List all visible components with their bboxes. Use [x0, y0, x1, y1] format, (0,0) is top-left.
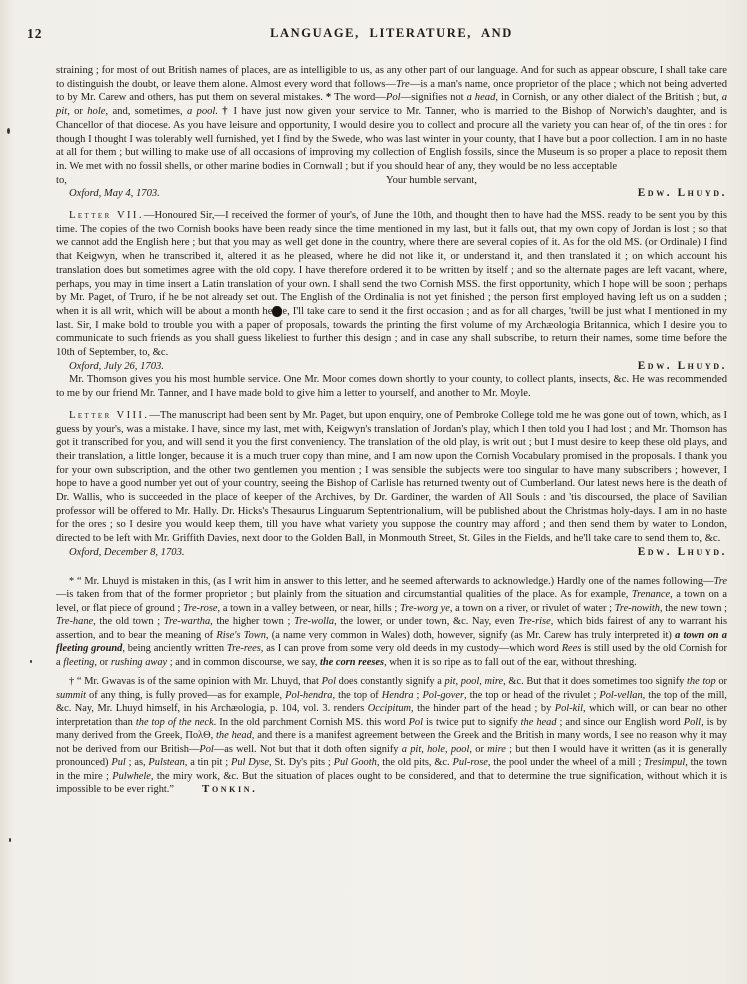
- letter-closing: to, Your humble servant,: [56, 174, 727, 188]
- ink-speck: [30, 660, 32, 663]
- place-date: Oxford, December 8, 1703.: [56, 546, 185, 560]
- footnote-star: * “ Mr. Lhuyd is mistaken in this, (as I…: [56, 575, 727, 670]
- letter-vii-postscript: Mr. Thomson gives you his most humble se…: [56, 373, 727, 400]
- page-header: 12 LANGUAGE, LITERATURE, AND: [56, 26, 727, 42]
- closing-to: to,: [56, 174, 67, 188]
- dateline-july: Oxford, July 26, 1703. Edw. Lhuyd.: [56, 360, 727, 374]
- book-page: 12 LANGUAGE, LITERATURE, AND straining ;…: [0, 0, 747, 984]
- running-title: LANGUAGE, LITERATURE, AND: [56, 26, 727, 41]
- footnote-dagger-text: † “ Mr. Gwavas is of the same opinion wi…: [56, 676, 727, 795]
- valediction: Your humble servant,: [386, 174, 477, 188]
- letter-viii: Letter VIII.—The manuscript had been sen…: [56, 409, 727, 546]
- place-date: Oxford, May 4, 1703.: [56, 187, 160, 201]
- signature-edw-lhuyd: Edw. Lhuyd.: [638, 187, 727, 201]
- footnotes-section: * “ Mr. Lhuyd is mistaken in this, (as I…: [56, 575, 727, 797]
- letter-vii: Letter VII.—Honoured Sir,—I received the…: [56, 209, 727, 360]
- signature-edw-lhuyd: Edw. Lhuyd.: [638, 360, 727, 374]
- dateline-may: Oxford, May 4, 1703. Edw. Lhuyd.: [56, 187, 727, 201]
- page-number: 12: [27, 26, 43, 42]
- letter-vi-continuation: straining ; for most of out British name…: [56, 64, 727, 174]
- ink-speck: [9, 838, 11, 842]
- letters-section: straining ; for most of out British name…: [56, 64, 727, 560]
- signature-edw-lhuyd: Edw. Lhuyd.: [638, 546, 727, 560]
- signature-tonkin: Tonkin.: [202, 783, 257, 795]
- dateline-december: Oxford, December 8, 1703. Edw. Lhuyd.: [56, 546, 727, 560]
- footnote-dagger: † “ Mr. Gwavas is of the same opinion wi…: [56, 675, 727, 797]
- place-date: Oxford, July 26, 1703.: [56, 360, 164, 374]
- ink-speck: [7, 128, 10, 134]
